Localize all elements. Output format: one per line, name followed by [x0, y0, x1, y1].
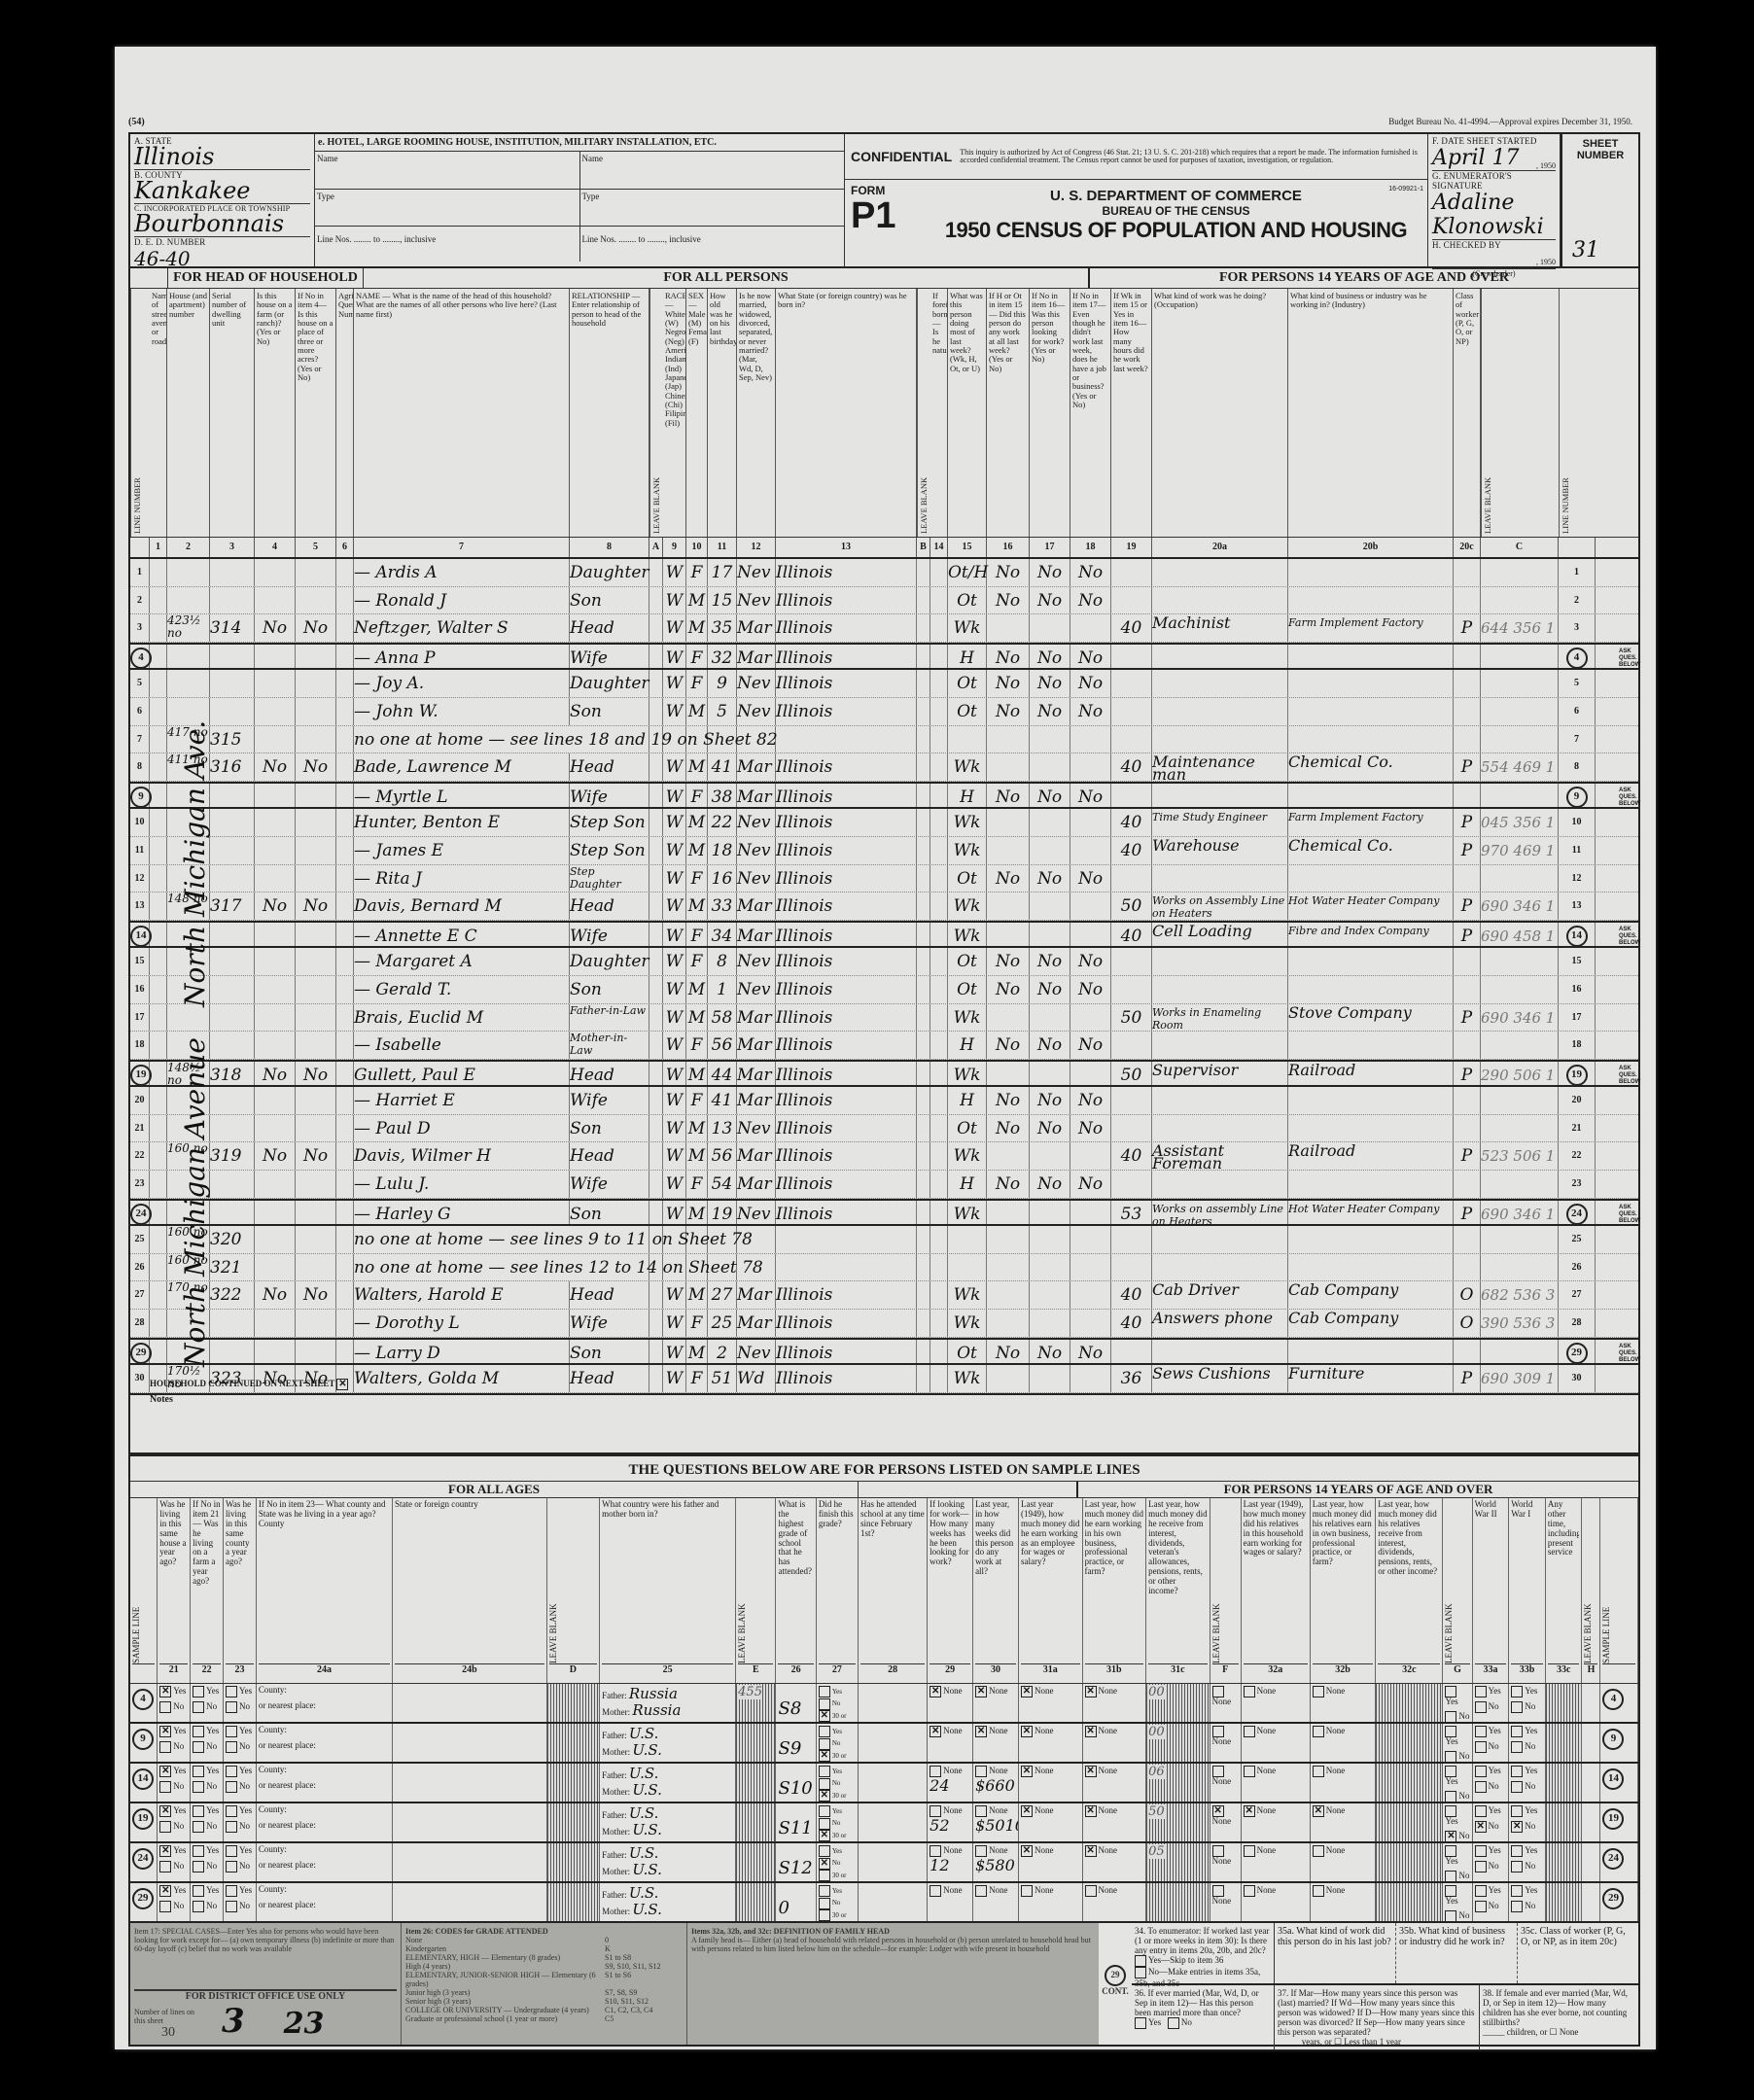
lower-header-sample-line: SAMPLE LINE — [1600, 1498, 1638, 1683]
cell-code — [1481, 1254, 1559, 1281]
line-number: 13 — [1559, 892, 1596, 920]
q36-no-label: No — [1181, 2017, 1192, 2027]
none-checkbox[interactable]: ✕ — [1085, 1726, 1097, 1737]
yes-checkbox[interactable] — [226, 1726, 237, 1737]
none-checkbox[interactable] — [1313, 1885, 1324, 1897]
no-checkbox[interactable] — [193, 1821, 204, 1833]
over30-checkbox[interactable]: ✕ — [819, 1830, 830, 1841]
q34-no-checkbox[interactable] — [1135, 1967, 1146, 1978]
answer-c23: YesNo — [224, 1803, 257, 1841]
cell-c16: No — [987, 865, 1030, 892]
cell-blank — [649, 948, 663, 975]
none-checkbox[interactable] — [1212, 1766, 1224, 1777]
cell-blank — [150, 1087, 167, 1114]
cell-name: — Gerald T. — [354, 976, 570, 1003]
yes-checkbox[interactable] — [1511, 1805, 1523, 1817]
sample-line-number: 4 — [1600, 1684, 1638, 1722]
no-checkbox[interactable] — [1475, 1901, 1487, 1912]
cell-blank — [150, 1115, 167, 1142]
sample-line-number: 19 — [1600, 1803, 1638, 1841]
q36-no-checkbox[interactable] — [1168, 2017, 1179, 2029]
none-checkbox[interactable]: ✕ — [1085, 1845, 1097, 1857]
yes-checkbox[interactable] — [1445, 1686, 1456, 1697]
none-checkbox[interactable] — [1313, 1766, 1324, 1777]
empty-cell — [1582, 1883, 1600, 1921]
no-checkbox[interactable] — [193, 1861, 204, 1872]
line-number: 24 — [1559, 1201, 1596, 1225]
none-checkbox[interactable] — [1212, 1885, 1224, 1897]
cell-hours — [1111, 1171, 1152, 1198]
cell-serial: 322 — [210, 1281, 255, 1309]
cell-industry — [1288, 559, 1454, 586]
none-checkbox[interactable]: ✕ — [1021, 1766, 1033, 1777]
cell-race: W — [663, 614, 686, 642]
line-number: 24 — [130, 1201, 150, 1225]
cell-blank — [150, 1310, 167, 1337]
cell-class: O — [1454, 1310, 1481, 1337]
yes-checkbox[interactable] — [193, 1805, 204, 1817]
yes-checkbox[interactable] — [1475, 1726, 1487, 1737]
yes-checkbox[interactable] — [819, 1726, 830, 1737]
none-checkbox[interactable]: ✕ — [1085, 1766, 1097, 1777]
cell-c18: No — [1070, 559, 1111, 586]
answer-c31a: None$5010 — [973, 1803, 1019, 1841]
no-checkbox[interactable] — [159, 1821, 171, 1833]
yes-checkbox[interactable] — [193, 1885, 204, 1897]
no-checkbox[interactable] — [819, 1698, 830, 1710]
yes-checkbox[interactable] — [1445, 1805, 1456, 1817]
no-checkbox[interactable] — [226, 1701, 237, 1713]
question-37: 37. If Mar—How many years since this per… — [1278, 1988, 1476, 2037]
cell-blank — [917, 809, 930, 836]
answer-c32c: None — [1311, 1724, 1376, 1762]
cell-c17 — [1030, 837, 1070, 864]
line-number: 29 — [1559, 1340, 1596, 1364]
no-checkbox[interactable] — [1475, 1861, 1487, 1872]
none-checkbox[interactable] — [1313, 1686, 1324, 1697]
q36-yes-checkbox[interactable] — [1135, 2017, 1146, 2029]
leave-blank-cell — [1376, 1803, 1443, 1841]
none-checkbox[interactable] — [1244, 1885, 1255, 1897]
yes-checkbox[interactable]: ✕ — [159, 1766, 171, 1777]
cell-industry: Chemical Co. — [1288, 837, 1454, 864]
none-checkbox[interactable]: ✕ — [1021, 1805, 1033, 1817]
answer-c21: ✕YesNo — [158, 1883, 191, 1921]
cell-hours — [1111, 1115, 1152, 1142]
none-checkbox[interactable]: ✕ — [1021, 1726, 1033, 1737]
cell-c17 — [1030, 809, 1070, 836]
yes-checkbox[interactable] — [226, 1686, 237, 1697]
yes-checkbox[interactable] — [1445, 1726, 1456, 1737]
over30-checkbox[interactable] — [819, 1909, 830, 1921]
no-checkbox[interactable] — [159, 1741, 171, 1753]
no-checkbox[interactable] — [1511, 1901, 1523, 1912]
sample-line-questions: THE QUESTIONS BELOW ARE FOR PERSONS LIST… — [128, 1454, 1640, 2047]
cell-birthplace: Illinois — [776, 1201, 917, 1225]
yes-checkbox[interactable] — [193, 1726, 204, 1737]
answer-c30: None — [928, 1883, 973, 1921]
cell-birthplace: Illinois — [776, 809, 917, 836]
leave-blank-cell — [736, 1883, 776, 1921]
person-row: 14— Annette E CWifeWF34MarIllinoisWk40Ce… — [130, 921, 1638, 949]
yes-checkbox[interactable] — [819, 1686, 830, 1697]
over30-checkbox[interactable] — [819, 1870, 830, 1881]
cell-code: 523 506 1 — [1481, 1142, 1559, 1170]
none-checkbox[interactable]: ✕ — [1085, 1805, 1097, 1817]
cell-farm — [255, 1032, 296, 1059]
cell-class — [1454, 559, 1481, 586]
no-checkbox[interactable]: ✕ — [819, 1858, 830, 1870]
cell-c17 — [1030, 753, 1070, 781]
cell-serial — [210, 784, 255, 808]
column-number-14: 14 — [930, 538, 948, 557]
cell-industry — [1288, 726, 1454, 753]
no-checkbox[interactable] — [1475, 1781, 1487, 1793]
column-number-15: 15 — [948, 538, 987, 557]
sample-line-number: 9 — [130, 1724, 158, 1762]
yes-checkbox[interactable] — [819, 1885, 830, 1897]
yes-checkbox[interactable] — [193, 1845, 204, 1857]
prior-county: County:or nearest place: — [257, 1803, 393, 1841]
no-checkbox[interactable] — [1511, 1701, 1523, 1713]
no-checkbox[interactable] — [226, 1821, 237, 1833]
person-row: 13148 no317NoNoDavis, Bernard MHeadWM33M… — [130, 892, 1638, 921]
cell-c16: No — [987, 784, 1030, 808]
none-checkbox[interactable]: ✕ — [930, 1686, 941, 1697]
cell-industry — [1288, 1032, 1454, 1059]
none-checkbox[interactable]: ✕ — [1313, 1805, 1324, 1817]
column-header-13: What State (or foreign country) was he b… — [776, 289, 917, 537]
cell-birthplace: Illinois — [776, 670, 917, 697]
yes-checkbox[interactable]: ✕ — [159, 1805, 171, 1817]
none-checkbox[interactable] — [1244, 1766, 1255, 1777]
sheet-number-label: SHEET NUMBER — [1566, 138, 1634, 161]
lower-header-32a: Last year (1949), how much money did his… — [1242, 1498, 1311, 1683]
no-checkbox[interactable] — [1475, 1701, 1487, 1713]
no-checkbox[interactable] — [159, 1701, 171, 1713]
cell-rel: Daughter — [570, 948, 649, 975]
cell-occupation — [1152, 976, 1288, 1003]
cell-sex: M — [686, 614, 708, 642]
empty-cell — [859, 1803, 928, 1841]
cell-sex: M — [686, 587, 708, 614]
no-checkbox[interactable] — [1511, 1861, 1523, 1872]
yes-checkbox[interactable]: ✕ — [159, 1686, 171, 1697]
empty-cell — [393, 1684, 547, 1722]
parents-birthplace: Father: U.S.Mother: U.S. — [600, 1843, 736, 1881]
cell-industry — [1288, 698, 1454, 725]
cell-class: P — [1454, 614, 1481, 642]
prior-county: County:or nearest place: — [257, 1684, 393, 1722]
none-checkbox[interactable]: ✕ — [1212, 1805, 1224, 1817]
none-checkbox[interactable]: ✕ — [1021, 1845, 1033, 1857]
cell-blank — [150, 1201, 167, 1225]
cell-blank — [917, 645, 930, 669]
answer-c32b: None — [1242, 1764, 1311, 1802]
lower-header-F: LEAVE BLANKF — [1210, 1498, 1242, 1683]
cell-blank — [917, 1171, 930, 1198]
cell-industry: Railroad — [1288, 1062, 1454, 1086]
no-checkbox[interactable] — [193, 1781, 204, 1793]
yes-checkbox[interactable] — [1475, 1805, 1487, 1817]
cell-code — [1481, 1032, 1559, 1059]
yes-checkbox[interactable] — [226, 1885, 237, 1897]
yes-checkbox[interactable] — [226, 1766, 237, 1777]
no-checkbox[interactable] — [1475, 1741, 1487, 1753]
lower-over-14-section: FOR PERSONS 14 YEARS OF AGE AND OVER — [1078, 1482, 1638, 1497]
over30-checkbox[interactable]: ✕ — [819, 1710, 830, 1722]
parent-country: U.S. — [632, 1821, 662, 1838]
parents-birthplace: Father: U.S.Mother: U.S. — [600, 1883, 736, 1921]
column-header-19: If Wk in item 15 or Yes in item 16— How … — [1111, 289, 1152, 537]
over30-checkbox[interactable]: ✕ — [819, 1750, 830, 1762]
none-checkbox[interactable]: ✕ — [1021, 1686, 1033, 1697]
cell-blank — [150, 1254, 167, 1281]
cell-activity: Wk — [948, 614, 987, 642]
no-checkbox[interactable] — [1445, 1910, 1456, 1921]
cell-c17: No — [1030, 1087, 1070, 1114]
yes-checkbox[interactable] — [1475, 1686, 1487, 1697]
cell-blank — [930, 1032, 948, 1059]
answer-c31a: ✕None — [973, 1684, 1019, 1722]
no-checkbox[interactable] — [819, 1898, 830, 1909]
line-number: 27 — [130, 1281, 150, 1309]
cell-house — [167, 1004, 210, 1032]
cell-race: W — [663, 645, 686, 669]
yes-checkbox[interactable] — [226, 1805, 237, 1817]
none-checkbox[interactable]: ✕ — [930, 1726, 941, 1737]
grade-code-row: ELEMENTARY, JUNIOR-SENIOR HIGH — Element… — [405, 1971, 683, 1988]
none-checkbox[interactable] — [1244, 1726, 1255, 1737]
none-checkbox[interactable] — [1313, 1726, 1324, 1737]
none-checkbox[interactable] — [1021, 1885, 1033, 1897]
none-checkbox[interactable] — [1212, 1845, 1224, 1857]
cell-race: W — [663, 753, 686, 781]
no-checkbox[interactable] — [226, 1901, 237, 1912]
yes-checkbox[interactable]: ✕ — [159, 1726, 171, 1737]
no-checkbox[interactable]: ✕ — [1511, 1821, 1523, 1833]
cell-race: W — [663, 784, 686, 808]
cell-blank — [649, 809, 663, 836]
no-checkbox[interactable] — [226, 1741, 237, 1753]
none-checkbox[interactable]: ✕ — [1085, 1686, 1097, 1697]
cell-industry — [1288, 1171, 1454, 1198]
none-checkbox[interactable] — [1244, 1686, 1255, 1697]
cell-race: W — [663, 976, 686, 1003]
yes-checkbox[interactable] — [1511, 1686, 1523, 1697]
cell-serial: 321 — [210, 1254, 255, 1281]
yes-checkbox[interactable] — [1511, 1726, 1523, 1737]
cell-blank — [649, 1142, 663, 1170]
no-checkbox[interactable]: ✕ — [1475, 1821, 1487, 1833]
none-checkbox[interactable] — [1244, 1845, 1255, 1857]
yes-checkbox[interactable] — [1475, 1845, 1487, 1857]
person-row: 11— James EStep SonWM18NevIllinoisWk40Wa… — [130, 837, 1638, 865]
no-checkbox[interactable] — [819, 1818, 830, 1830]
none-checkbox[interactable] — [975, 1885, 987, 1897]
yes-checkbox[interactable] — [1445, 1885, 1456, 1897]
yes-checkbox[interactable] — [193, 1686, 204, 1697]
cell-farm — [255, 923, 296, 947]
no-checkbox[interactable] — [1445, 1791, 1456, 1802]
answer-c31c: ✕None — [1083, 1843, 1147, 1881]
yes-checkbox[interactable] — [1445, 1845, 1456, 1857]
person-rows: 1— Ardis ADaughterWF17NevIllinoisOt/HNoN… — [130, 559, 1638, 1393]
none-checkbox[interactable] — [1085, 1885, 1097, 1897]
no-checkbox[interactable] — [226, 1861, 237, 1872]
yes-checkbox[interactable] — [1475, 1885, 1487, 1897]
answer-c33a: YesNo — [1443, 1883, 1472, 1921]
yes-checkbox[interactable] — [1511, 1885, 1523, 1897]
person-row: 15— Margaret ADaughterWF8NevIllinoisOtNo… — [130, 948, 1638, 976]
cell-serial: 318 — [210, 1062, 255, 1086]
tally-a: 3 — [222, 2002, 245, 2041]
cell-blank — [336, 1310, 354, 1337]
cell-industry — [1288, 1254, 1454, 1281]
notes-area: HOUSEHOLD CONTINUED ON NEXT SHEET ✕ Note… — [128, 1375, 1640, 1454]
cell-blank — [649, 892, 663, 920]
continued-checkbox[interactable]: ✕ — [336, 1379, 348, 1390]
cell-occupation — [1152, 1171, 1288, 1198]
no-checkbox[interactable] — [159, 1901, 171, 1912]
cell-marital: Mar — [737, 614, 776, 642]
none-checkbox[interactable] — [1212, 1686, 1224, 1697]
cell-serial — [210, 1340, 255, 1364]
no-checkbox[interactable] — [1445, 1711, 1456, 1722]
over30-checkbox[interactable]: ✕ — [819, 1790, 830, 1802]
answer-c33c: YesNo — [1509, 1883, 1546, 1921]
person-row: 26160 no321no one at home — see lines 12… — [130, 1254, 1638, 1282]
column-header-B: LEAVE BLANK — [917, 289, 930, 537]
cell-age: 22 — [708, 809, 737, 836]
cell-name: — Paul D — [354, 1115, 570, 1142]
cell-acres — [296, 587, 336, 614]
cell-rel: Head — [570, 1281, 649, 1309]
cell-class — [1454, 1032, 1481, 1059]
yes-checkbox[interactable] — [819, 1805, 830, 1817]
column-header-8: RELATIONSHIP — Enter relationship of per… — [570, 289, 649, 537]
cell-blank — [649, 753, 663, 781]
cell-blank — [649, 645, 663, 669]
cell-race: W — [663, 1032, 686, 1059]
none-checkbox[interactable]: ✕ — [975, 1726, 987, 1737]
yes-checkbox[interactable] — [819, 1766, 830, 1777]
cell-code: 554 469 1 — [1481, 753, 1559, 781]
cell-blank — [930, 1171, 948, 1198]
no-checkbox[interactable] — [1511, 1781, 1523, 1793]
none-checkbox[interactable] — [1212, 1726, 1224, 1737]
person-row: 24— Harley GSonWM19NevIllinoisWk53Works … — [130, 1199, 1638, 1227]
cell-blank — [150, 1340, 167, 1364]
cell-industry — [1288, 865, 1454, 892]
column-number-20c: 20c — [1454, 538, 1481, 557]
yes-checkbox[interactable]: ✕ — [159, 1885, 171, 1897]
cell-c17 — [1030, 1004, 1070, 1032]
no-checkbox[interactable] — [226, 1781, 237, 1793]
cell-blank — [917, 784, 930, 808]
cell-hours — [1111, 1032, 1152, 1059]
no-checkbox[interactable] — [1445, 1751, 1456, 1762]
cell-blank — [150, 1281, 167, 1309]
prior-county: County:or nearest place: — [257, 1724, 393, 1762]
empty-cell — [393, 1883, 547, 1921]
line-number: 25 — [1559, 1226, 1596, 1253]
no-checkbox[interactable] — [819, 1778, 830, 1790]
cell-acres — [296, 837, 336, 864]
cell-rel: Daughter — [570, 559, 649, 586]
cell-blank — [150, 726, 167, 753]
cell-activity: Ot — [948, 1115, 987, 1142]
cell-serial: 316 — [210, 753, 255, 781]
yes-checkbox[interactable] — [193, 1766, 204, 1777]
column-header-16: If H or Ot in item 15— Did this person d… — [987, 289, 1030, 537]
yes-checkbox[interactable]: ✕ — [159, 1845, 171, 1857]
column-header-3: Serial number of dwelling unit — [210, 289, 255, 537]
person-row: 29— Larry DSonWM2NevIllinoisOtNoNoNo29AS… — [130, 1338, 1638, 1366]
cell-c18 — [1070, 1062, 1111, 1086]
cell-occupation: Time Study Engineer — [1152, 809, 1288, 836]
q34-yes-checkbox[interactable] — [1135, 1955, 1146, 1967]
cell-serial — [210, 645, 255, 669]
none-checkbox[interactable] — [1313, 1845, 1324, 1857]
yes-checkbox[interactable] — [1511, 1766, 1523, 1777]
no-checkbox[interactable] — [193, 1701, 204, 1713]
no-checkbox[interactable] — [193, 1901, 204, 1912]
no-checkbox[interactable] — [1445, 1871, 1456, 1881]
none-checkbox[interactable]: ✕ — [975, 1686, 987, 1697]
cell-hours — [1111, 559, 1152, 586]
special-cases-text: Item 17: SPECIAL CASES—Enter Yes also fo… — [134, 1927, 397, 1953]
no-checkbox[interactable] — [819, 1738, 830, 1750]
none-checkbox[interactable]: ✕ — [1244, 1805, 1255, 1817]
cell-class: O — [1454, 1281, 1481, 1309]
no-checkbox[interactable]: ✕ — [1445, 1831, 1456, 1841]
cell-blank — [930, 1062, 948, 1086]
yes-checkbox[interactable] — [819, 1845, 830, 1857]
cell-age: 35 — [708, 614, 737, 642]
no-checkbox[interactable] — [193, 1741, 204, 1753]
yes-checkbox[interactable] — [1511, 1845, 1523, 1857]
cell-blank — [930, 587, 948, 614]
person-row: 27170 no322NoNoWalters, Harold EHeadWM27… — [130, 1281, 1638, 1310]
answer-c32a: None — [1210, 1843, 1242, 1881]
cell-blank — [336, 1062, 354, 1086]
cell-farm — [255, 809, 296, 836]
cell-farm — [255, 1087, 296, 1114]
cell-name: Gullett, Paul E — [354, 1062, 570, 1086]
column-number-16: 16 — [987, 538, 1030, 557]
no-checkbox[interactable] — [159, 1781, 171, 1793]
cell-blank — [649, 1201, 663, 1225]
cell-birthplace: Illinois — [776, 1310, 917, 1337]
person-row: 23— Lulu J.WifeWF54MarIllinoisHNoNoNo23 — [130, 1171, 1638, 1199]
answer-c31c: None — [1083, 1883, 1147, 1921]
yes-checkbox[interactable] — [226, 1845, 237, 1857]
cell-blank — [336, 645, 354, 669]
cell-occupation: Assistant Foreman — [1152, 1142, 1288, 1170]
no-checkbox[interactable] — [159, 1861, 171, 1872]
none-checkbox[interactable] — [930, 1885, 941, 1897]
cell-hours — [1111, 865, 1152, 892]
cell-industry: Farm Implement Factory — [1288, 614, 1454, 642]
lower-header-24a: If No in item 23— What county and State … — [257, 1498, 393, 1683]
cell-activity: Ot — [948, 976, 987, 1003]
no-checkbox[interactable] — [1511, 1741, 1523, 1753]
yes-checkbox[interactable] — [1445, 1766, 1456, 1777]
column-number-2: 2 — [167, 538, 210, 557]
column-header-A: LEAVE BLANK — [649, 289, 663, 537]
yes-checkbox[interactable] — [1475, 1766, 1487, 1777]
